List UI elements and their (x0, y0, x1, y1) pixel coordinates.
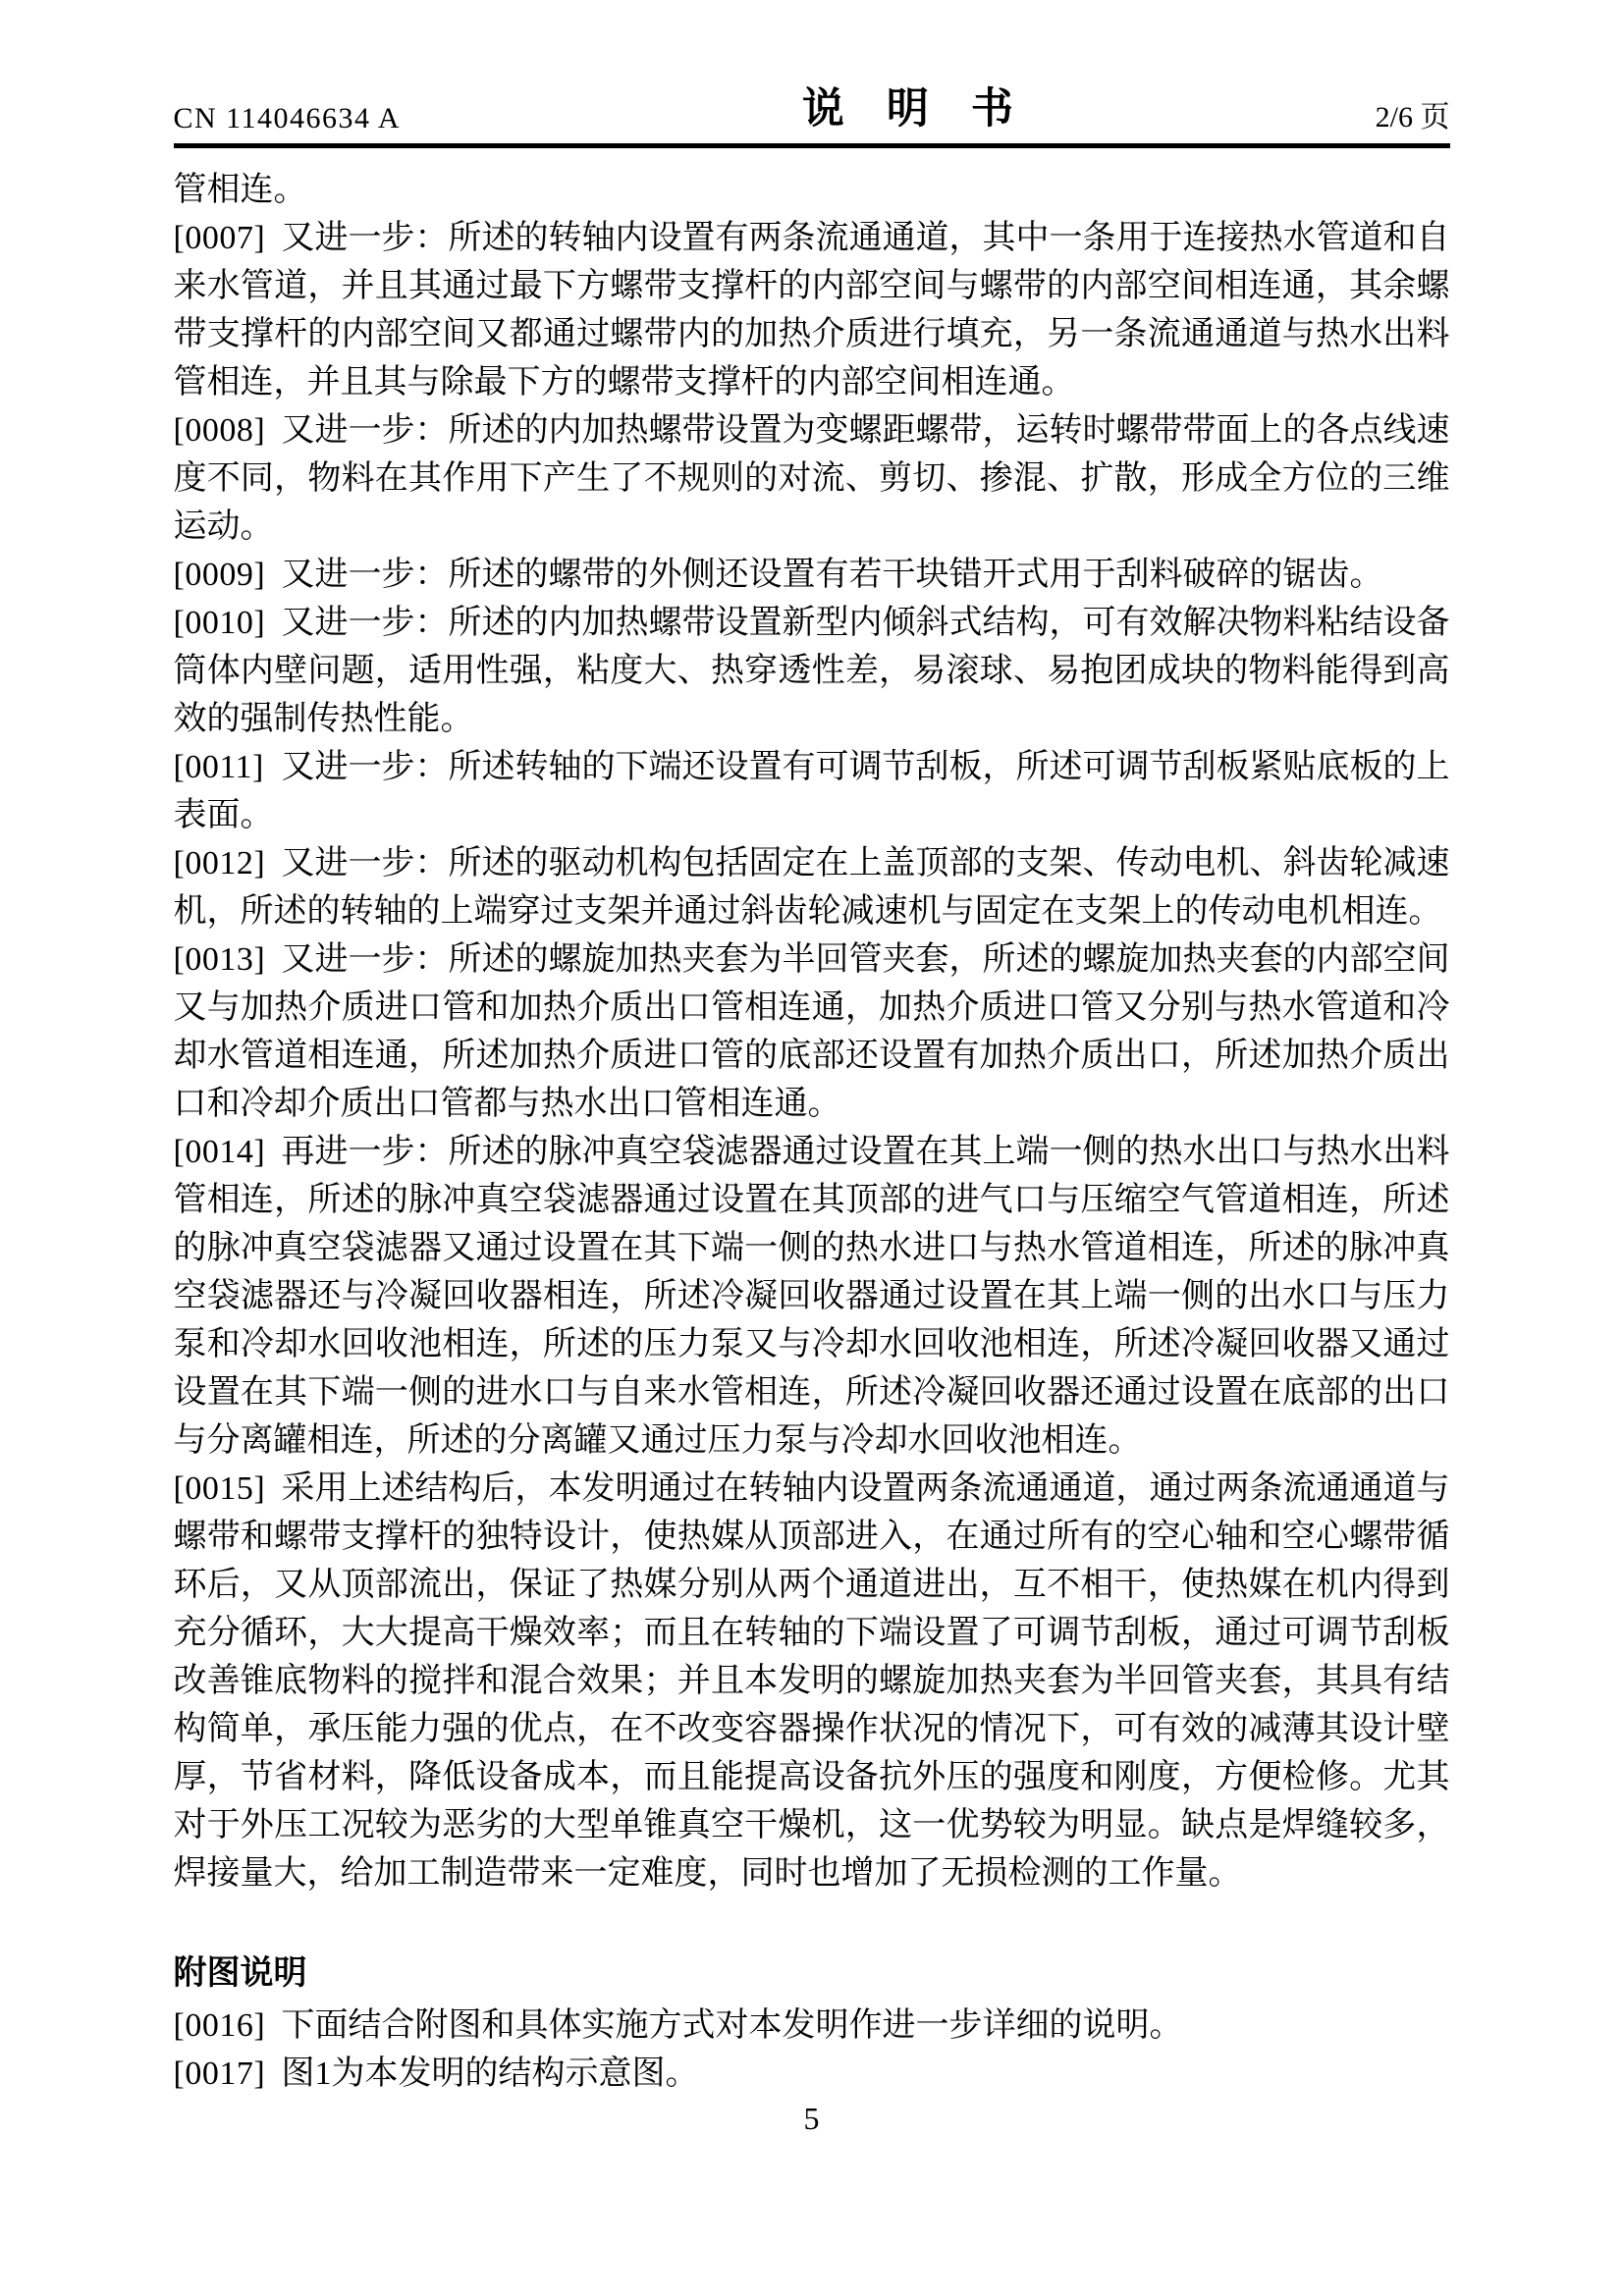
spec-paragraph: 管相连。 (174, 166, 1450, 214)
spec-paragraph: [0017]图1为本发明的结构示意图。 (174, 2050, 1450, 2098)
paragraph-number: [0012] (174, 839, 282, 887)
document-title: 说 明 书 (802, 76, 1013, 135)
figure-paragraph-list: [0016]下面结合附图和具体实施方式对本发明作进一步详细的说明。 [0017]… (174, 2002, 1450, 2098)
paragraph-number: [0016] (174, 2002, 282, 2050)
specification-body: 管相连。 [0007]又进一步：所述的转轴内设置有两条流通通道，其中一条用于连接… (174, 148, 1450, 2098)
paragraph-number: [0014] (174, 1128, 282, 1176)
section-heading-figures: 附图说明 (174, 1949, 1450, 1998)
spec-paragraph: [0008]又进一步：所述的内加热螺带设置为变螺距螺带，运转时螺带带面上的各点线… (174, 406, 1450, 551)
paragraph-text: 又进一步：所述转轴的下端还设置有可调节刮板，所述可调节刮板紧贴底板的上表面。 (174, 749, 1450, 833)
spec-paragraph: [0013]又进一步：所述的螺旋加热夹套为半回管夹套，所述的螺旋加热夹套的内部空… (174, 935, 1450, 1128)
page-header: CN 114046634 A 说 明 书 2/6 页 (174, 0, 1450, 143)
page-indicator: 2/6 页 (1376, 92, 1450, 135)
paragraph-text: 又进一步：所述的驱动机构包括固定在上盖顶部的支架、传动电机、斜齿轮减速机，所述的… (174, 845, 1450, 930)
paragraph-number: [0008] (174, 406, 282, 454)
paragraph-text: 采用上述结构后，本发明通过在转轴内设置两条流通通道，通过两条流通通道与螺带和螺带… (174, 1470, 1450, 1892)
paragraph-number: [0009] (174, 551, 282, 599)
paragraph-text: 再进一步：所述的脉冲真空袋滤器通过设置在其上端一侧的热水出口与热水出料管相连，所… (174, 1134, 1450, 1459)
paragraph-text: 又进一步：所述的内加热螺带设置为变螺距螺带，运转时螺带带面上的各点线速度不同，物… (174, 412, 1450, 545)
paragraph-text: 管相连。 (174, 172, 307, 208)
spec-paragraph: [0016]下面结合附图和具体实施方式对本发明作进一步详细的说明。 (174, 2002, 1450, 2050)
paragraph-text: 又进一步：所述的内加热螺带设置新型内倾斜式结构，可有效解决物料粘结设备筒体内壁问… (174, 605, 1450, 737)
paragraph-number: [0007] (174, 214, 282, 262)
page-content: CN 114046634 A 说 明 书 2/6 页 管相连。 [0007]又进… (174, 0, 1450, 2098)
paragraph-number: [0010] (174, 599, 282, 647)
paragraph-text: 又进一步：所述的转轴内设置有两条流通通道，其中一条用于连接热水管道和自来水管道，… (174, 220, 1450, 400)
paragraph-text: 又进一步：所述的螺旋加热夹套为半回管夹套，所述的螺旋加热夹套的内部空间又与加热介… (174, 941, 1450, 1122)
page-number: 5 (804, 2101, 820, 2136)
spec-paragraph: [0015]采用上述结构后，本发明通过在转轴内设置两条流通通道，通过两条流通通道… (174, 1465, 1450, 1897)
paragraph-text: 图1为本发明的结构示意图。 (282, 2056, 699, 2092)
spec-paragraph: [0012]又进一步：所述的驱动机构包括固定在上盖顶部的支架、传动电机、斜齿轮减… (174, 839, 1450, 935)
spec-paragraph: [0014]再进一步：所述的脉冲真空袋滤器通过设置在其上端一侧的热水出口与热水出… (174, 1128, 1450, 1465)
spec-paragraph: [0011]又进一步：所述转轴的下端还设置有可调节刮板，所述可调节刮板紧贴底板的… (174, 743, 1450, 839)
paragraph-number: [0017] (174, 2050, 282, 2098)
paragraph-number: [0013] (174, 935, 282, 984)
paragraph-number: [0015] (174, 1465, 282, 1513)
spec-paragraph: [0009]又进一步：所述的螺带的外侧还设置有若干块错开式用于刮料破碎的锯齿。 (174, 551, 1450, 599)
paragraph-text: 又进一步：所述的螺带的外侧还设置有若干块错开式用于刮料破碎的锯齿。 (282, 557, 1383, 593)
spec-paragraph: [0007]又进一步：所述的转轴内设置有两条流通通道，其中一条用于连接热水管道和… (174, 214, 1450, 406)
page-footer: 5 (174, 2101, 1450, 2137)
publication-number: CN 114046634 A (174, 102, 402, 135)
paragraph-number: [0011] (174, 743, 282, 791)
spec-paragraph: [0010]又进一步：所述的内加热螺带设置新型内倾斜式结构，可有效解决物料粘结设… (174, 599, 1450, 743)
spec-paragraph-list: 管相连。 [0007]又进一步：所述的转轴内设置有两条流通通道，其中一条用于连接… (174, 166, 1450, 1897)
paragraph-text: 下面结合附图和具体实施方式对本发明作进一步详细的说明。 (282, 2007, 1183, 2044)
